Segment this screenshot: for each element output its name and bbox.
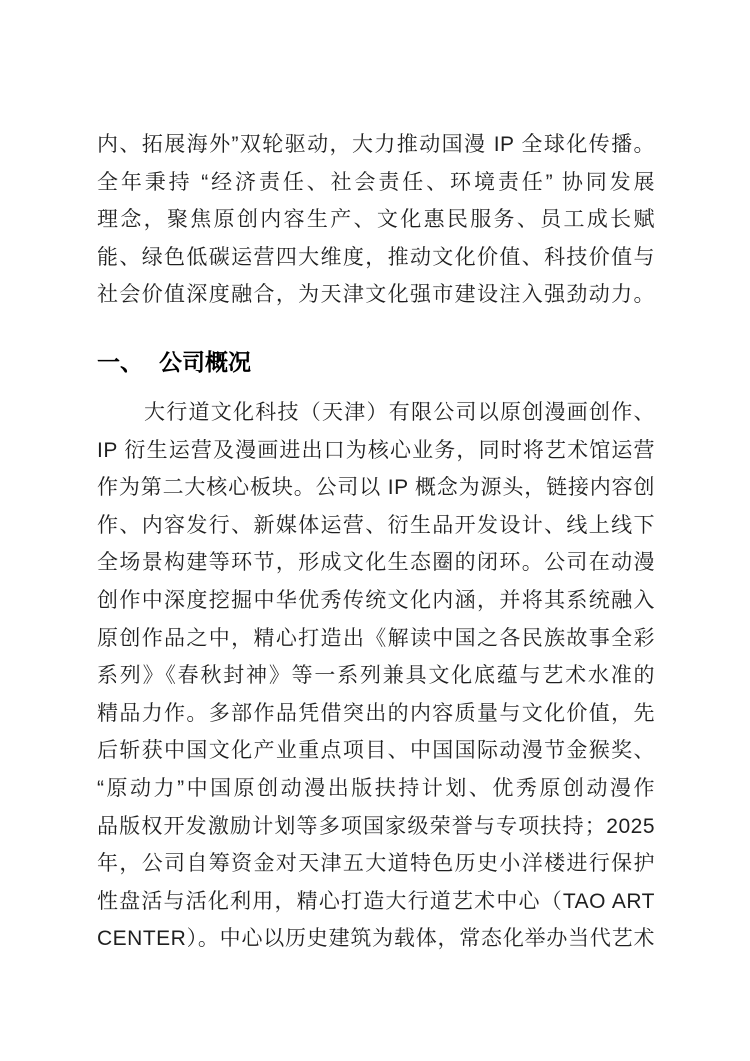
intro-paragraph: 内、拓展海外”双轮驱动，大力推动国漫 IP 全球化传播。 全年秉持 “经济责任、… bbox=[97, 126, 655, 314]
text-line: 年，公司自筹资金对天津五大道特色历史小洋楼进行保护 bbox=[97, 845, 655, 883]
section-heading: 一、公司概况 bbox=[97, 346, 655, 378]
section-number: 一、 bbox=[97, 349, 143, 375]
text-line: 作为第二大核心板块。公司以 IP 概念为源头，链接内容创 bbox=[97, 469, 655, 507]
text-line: 全场景构建等环节，形成文化生态圈的闭环。公司在动漫 bbox=[97, 544, 655, 582]
text-line: 后斩获中国文化产业重点项目、中国国际动漫节金猴奖、 bbox=[97, 732, 655, 770]
text-line: 内、拓展海外”双轮驱动，大力推动国漫 IP 全球化传播。 bbox=[97, 126, 655, 164]
text-line: 能、绿色低碳运营四大维度，推动文化价值、科技价值与 bbox=[97, 239, 655, 277]
text-line: 全年秉持 “经济责任、社会责任、环境责任” 协同发展 bbox=[97, 164, 655, 202]
text-line: 大行道文化科技（天津）有限公司以原创漫画创作、 bbox=[97, 394, 655, 432]
text-line: 品版权开发激励计划等多项国家级荣誉与专项扶持；2025 bbox=[97, 808, 655, 846]
text-line: 原创作品之中，精心打造出《解读中国之各民族故事全彩 bbox=[97, 620, 655, 658]
body-paragraph: 大行道文化科技（天津）有限公司以原创漫画创作、 IP 衍生运营及漫画进出口为核心… bbox=[97, 394, 655, 958]
text-line: 精品力作。多部作品凭借突出的内容质量与文化价值，先 bbox=[97, 695, 655, 733]
text-line: 创作中深度挖掘中华优秀传统文化内涵，并将其系统融入 bbox=[97, 582, 655, 620]
text-line: 性盘活与活化利用，精心打造大行道艺术中心（TAO ART bbox=[97, 883, 655, 921]
text-line: 作、内容发行、新媒体运营、衍生品开发设计、线上线下 bbox=[97, 507, 655, 545]
text-line: 理念，聚焦原创内容生产、文化惠民服务、员工成长赋 bbox=[97, 201, 655, 239]
section-title: 公司概况 bbox=[159, 349, 251, 375]
document-page: 内、拓展海外”双轮驱动，大力推动国漫 IP 全球化传播。 全年秉持 “经济责任、… bbox=[0, 0, 750, 1061]
text-line: “原动力”中国原创动漫出版扶持计划、优秀原创动漫作 bbox=[97, 770, 655, 808]
text-line: IP 衍生运营及漫画进出口为核心业务，同时将艺术馆运营 bbox=[97, 432, 655, 470]
text-line: 系列》《春秋封神》等一系列兼具文化底蕴与艺术水准的 bbox=[97, 657, 655, 695]
text-line: CENTER）。中心以历史建筑为载体，常态化举办当代艺术 bbox=[97, 920, 655, 958]
text-line: 社会价值深度融合，为天津文化强市建设注入强劲动力。 bbox=[97, 276, 655, 314]
